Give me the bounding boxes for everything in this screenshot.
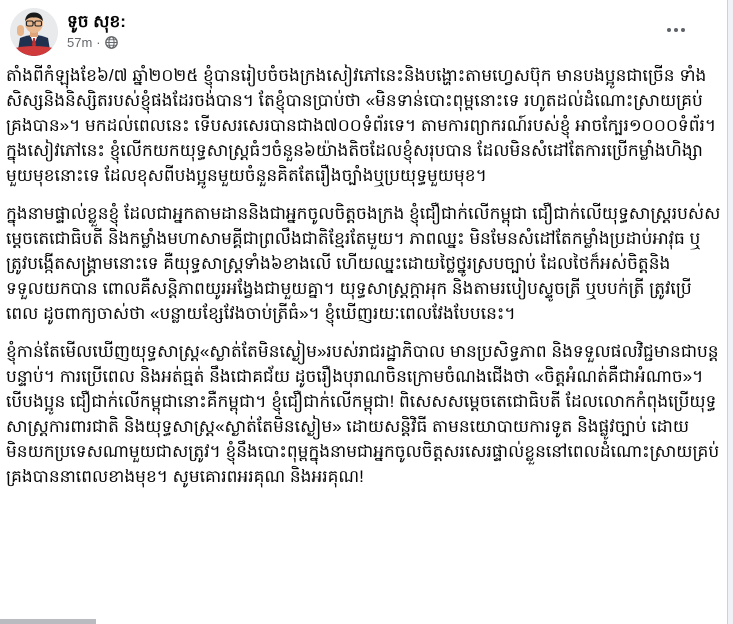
post-card: ទូច សុខ: 57m · តា [0, 0, 728, 624]
meta-separator: · [96, 35, 100, 50]
avatar-photo [10, 8, 58, 56]
globe-icon [105, 36, 118, 49]
post-header: ទូច សុខ: 57m · [0, 0, 727, 56]
more-options-button[interactable] [659, 16, 693, 44]
post-header-text: ទូច សុខ: 57m · [67, 8, 659, 50]
author-name[interactable]: ទូច សុខ: [67, 8, 126, 33]
post-paragraph: តាំងពីកំឡុងខែ៦/៧ ឆ្នាំ២០២៥ ខ្ញុំបានរៀបចំ… [6, 63, 721, 188]
ellipsis-icon [667, 28, 671, 32]
post-meta: 57m · [67, 35, 659, 50]
post-paragraph: ខ្ញុំកាន់តែមើលឃើញយុទ្ធសាស្ត្រ«ស្ងាត់តែមិ… [6, 339, 721, 489]
next-content-edge [0, 619, 96, 624]
timestamp[interactable]: 57m [67, 35, 92, 50]
avatar[interactable] [10, 8, 58, 56]
post-paragraph: ក្នុងនាមផ្ទាល់ខ្លួនខ្ញុំ ដែលជាអ្នកតាមដាន… [6, 201, 721, 326]
post-text: តាំងពីកំឡុងខែ៦/៧ ឆ្នាំ២០២៥ ខ្ញុំបានរៀបចំ… [0, 56, 727, 489]
